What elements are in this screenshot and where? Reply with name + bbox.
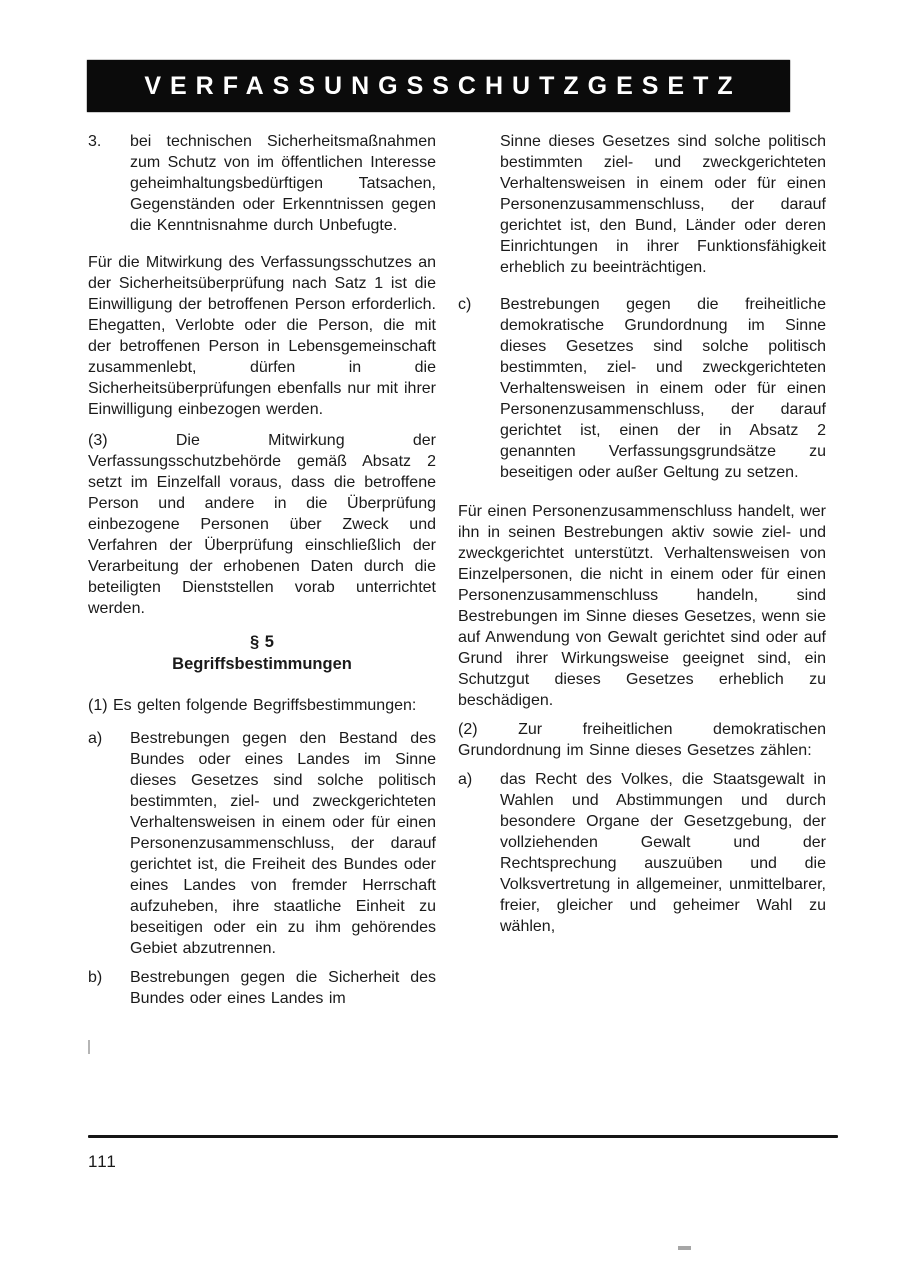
right-column: Sinne dieses Gesetzes sind solche politi… xyxy=(458,131,826,1131)
scan-artifact-tick xyxy=(88,1040,90,1054)
list-item-text: Bestrebungen gegen den Bestand des Bunde… xyxy=(130,728,436,959)
list-item-3: 3. bei technischen Sicherheitsmaßnahmen … xyxy=(88,131,436,236)
paragraph-absatz-1: (1) Es gelten folgende Begriffsbestimmun… xyxy=(88,695,436,716)
list-item-marker: b) xyxy=(88,967,130,1009)
list-item-a-right: a) das Recht des Volkes, die Staatsgewal… xyxy=(458,769,826,937)
list-item-b: b) Bestrebungen gegen die Sicherheit des… xyxy=(88,967,436,1009)
paragraph-personenzusammenschluss: Für einen Personenzusammenschluss handel… xyxy=(458,501,826,711)
item-b-continuation: Sinne dieses Gesetzes sind solche politi… xyxy=(500,131,826,278)
page-title: VERFASSUNGSSCHUTZGESETZ xyxy=(135,72,741,101)
list-item-text: bei technischen Sicherheitsmaßnahmen zum… xyxy=(130,131,436,236)
list-item-marker: 3. xyxy=(88,131,130,236)
list-item-marker: a) xyxy=(458,769,500,937)
list-item-marker: c) xyxy=(458,294,500,483)
list-item-text: das Recht des Volkes, die Staatsgewalt i… xyxy=(500,769,826,937)
section-heading: § 5 Begriffsbestimmungen xyxy=(88,631,436,675)
list-item-text: Bestrebungen gegen die freiheitliche dem… xyxy=(500,294,826,483)
page-number: 111 xyxy=(88,1152,117,1172)
left-column: 3. bei technischen Sicherheitsmaßnahmen … xyxy=(88,131,436,1131)
list-item-marker: a) xyxy=(88,728,130,959)
section-title: Begriffsbestimmungen xyxy=(88,653,436,675)
document-page: VERFASSUNGSSCHUTZGESETZ 3. bei technisch… xyxy=(0,0,900,1273)
paragraph-absatz-2: (2) Zur freiheitlichen demokratischen Gr… xyxy=(458,719,826,761)
section-number: § 5 xyxy=(88,631,436,653)
list-item-text: Bestrebungen gegen die Sicherheit des Bu… xyxy=(130,967,436,1009)
footer-rule xyxy=(88,1135,838,1138)
list-item-a: a) Bestrebungen gegen den Bestand des Bu… xyxy=(88,728,436,959)
header-bar: VERFASSUNGSSCHUTZGESETZ xyxy=(87,60,790,112)
scan-artifact-dash xyxy=(678,1246,691,1250)
list-item-c: c) Bestrebungen gegen die freiheitliche … xyxy=(458,294,826,483)
paragraph-absatz-3: (3) Die Mitwirkung der Verfassungsschutz… xyxy=(88,430,436,619)
paragraph-mitwirkung: Für die Mitwirkung des Verfassungsschutz… xyxy=(88,252,436,420)
